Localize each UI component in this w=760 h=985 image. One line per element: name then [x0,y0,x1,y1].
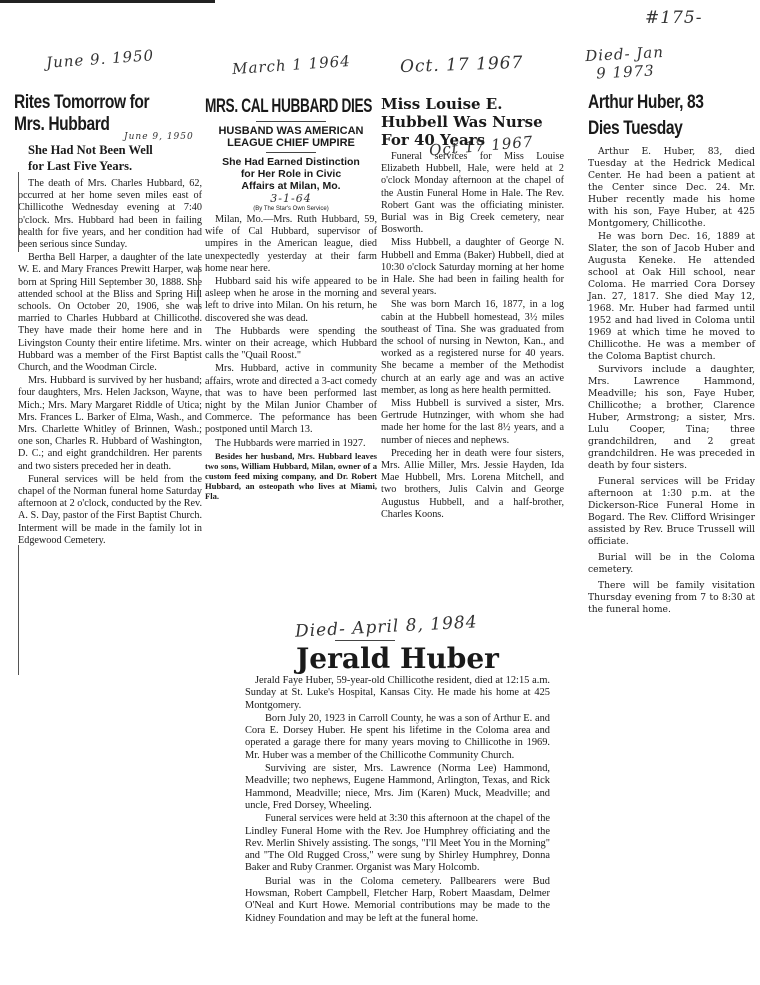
headline: Arthur Huber, 83 Dies Tuesday [588,90,760,142]
inline-date-annotation: June 9, 1950 [124,132,194,142]
clipping-jerald-huber: Jerald Huber Jerald Faye Huber, 59-year-… [245,640,550,925]
paragraph: Burial was in the Coloma cemetery. Pallb… [245,876,550,925]
clipping-louise-hubbell: Miss Louise E. Hubbell Was Nurse For 40 … [381,95,564,521]
headline: MRS. CAL HUBBARD DIES [205,96,378,118]
byline-credit: (By The Star's Own Service) [205,205,377,213]
article-body: Milan, Mo.—Mrs. Ruth Hubbard, 59, wife o… [205,214,377,501]
paragraph: Funeral services for Miss Louise Elizabe… [381,151,564,236]
paragraph: Hubbard said his wife appeared to be asl… [205,276,377,325]
paragraph: Preceding her in death were four sisters… [381,448,564,521]
article-body: The death of Mrs. Charles Hubbard, 62, o… [18,178,202,547]
date-annotation-arthur-huber: Died- Jan 9 1973 [579,43,671,84]
clipping-arthur-huber: Arthur Huber, 83 Dies Tuesday Arthur E. … [588,90,755,616]
clipping-cal-hubbard: MRS. CAL HUBBARD DIES HUSBAND WAS AMERIC… [205,96,377,501]
page-number-annotation: #175- [645,8,702,28]
paragraph: Survivors include a daughter, Mrs. Lawre… [588,364,755,472]
paragraph: Miss Hubbell is survived a sister, Mrs. … [381,398,564,447]
subhead-line: HUSBAND WAS AMERICAN [205,125,377,137]
paragraph: Jerald Faye Huber, 59-year-old Chillicot… [245,675,550,712]
date-annotation-hubbell: Oct. 17 1967 [400,53,524,77]
deck-line: Affairs at Milan, Mo. [205,180,377,192]
headline: Jerald Huber [245,643,550,675]
paragraph: She was born March 16, 1877, in a log ca… [381,299,564,397]
clipping-edge [198,265,199,320]
date-annotation-hubbard-1950: June 9. 1950 [46,46,155,72]
paragraph: Milan, Mo.—Mrs. Ruth Hubbard, 59, wife o… [205,214,377,275]
headline: Rites Tomorrow for Mrs. Hubbard [14,92,194,136]
scan-edge-bar [0,0,215,3]
divider [256,121,326,122]
paragraph: The Hubbards were married in 1927. [205,438,377,450]
subhead-line: for Last Five Years. [28,158,194,174]
paragraph: Burial will be in the Coloma cemetery. [588,552,755,576]
subhead-line: She Had Not Been Well [28,142,194,158]
headline-line: Hubbell Was Nurse [381,113,564,131]
paragraph: Besides her husband, Mrs. Hubbard leaves… [205,451,377,501]
headline-line: Miss Louise E. [381,95,564,113]
headline-line: Arthur Huber, 83 [588,90,760,116]
paragraph: Arthur E. Huber, 83, died Tuesday at the… [588,146,755,230]
paragraph: Funeral services will be held from the c… [18,474,202,547]
subheadline: She Had Not Been Well for Last Five Year… [28,142,194,174]
paragraph: Funeral services were held at 3:30 this … [245,813,550,874]
headline-line: Dies Tuesday [588,116,760,142]
deck-line: for Her Role in Civic [205,168,377,180]
date-annotation-jerald-huber: Died- April 8, 1984 [295,612,478,642]
paragraph: Funeral services will be Friday afternoo… [588,476,755,548]
date-annotation-cal-hubbard: March 1 1964 [232,52,352,78]
subhead-line: LEAGUE CHIEF UMPIRE [205,137,377,149]
paragraph: Mrs. Hubbard is survived by her husband;… [18,375,202,473]
paragraph: Miss Hubbell, a daughter of George N. Hu… [381,237,564,298]
paragraph: Bertha Bell Harper, a daughter of the la… [18,252,202,374]
paragraph: The Hubbards were spending the winter on… [205,326,377,363]
divider [266,152,316,153]
clipping-edge [18,172,19,252]
article-body: Arthur E. Huber, 83, died Tuesday at the… [588,146,755,616]
headline-line: Rites Tomorrow for [14,92,194,114]
divider [335,640,395,641]
subheadline: HUSBAND WAS AMERICAN LEAGUE CHIEF UMPIRE [205,125,377,149]
paragraph: Born July 20, 1923 in Carroll County, he… [245,713,550,762]
paragraph: Surviving are sister, Mrs. Lawrence (Nor… [245,763,550,812]
article-body: Jerald Faye Huber, 59-year-old Chillicot… [245,675,550,925]
deck-line: She Had Earned Distinction [205,156,377,168]
inline-date-annotation: 3-1-64 [205,192,377,205]
clipping-rites-hubbard: Rites Tomorrow for Mrs. Hubbard June 9, … [14,92,194,547]
article-body: Funeral services for Miss Louise Elizabe… [381,151,564,521]
deck: She Had Earned Distinction for Her Role … [205,156,377,192]
paragraph: There will be family visitation Thursday… [588,580,755,616]
paragraph: Mrs. Hubbard, active in community affair… [205,363,377,436]
paragraph: He was born Dec. 16, 1889 at Slater, the… [588,231,755,363]
clipping-edge [18,545,19,675]
paragraph: The death of Mrs. Charles Hubbard, 62, o… [18,178,202,251]
